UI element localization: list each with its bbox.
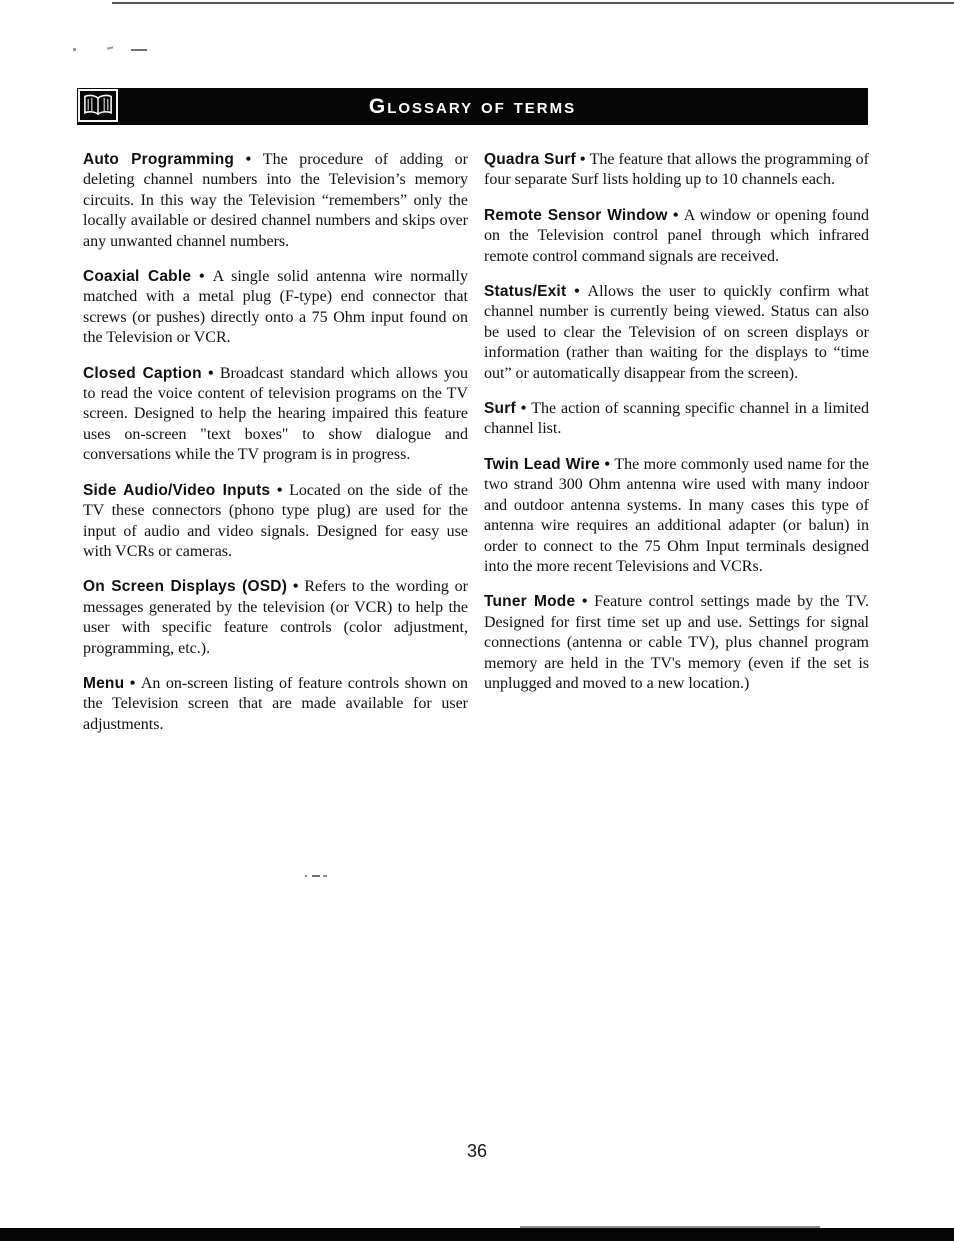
glossary-term: Status/Exit [484,283,566,300]
scan-artifact-pencil-marks [73,46,193,52]
glossary-entry: Twin Lead Wire • The more commonly used … [484,455,869,577]
glossary-entry: Side Audio/Video Inputs • Located on the… [83,481,468,563]
glossary-term: Auto Programming [83,151,234,168]
glossary-term: Menu [83,675,124,692]
scan-artifact-specks [305,875,327,879]
bullet-separator: • [576,151,590,168]
page-number: 36 [0,1141,954,1162]
glossary-term: Tuner Mode [484,593,575,610]
glossary-term: Remote Sensor Window [484,207,668,224]
glossary-definition: The more commonly used name for the two … [484,456,869,575]
glossary-entry: Remote Sensor Window • A window or openi… [484,206,869,267]
glossary-term: Surf [484,400,516,417]
glossary-entry: Auto Programming • The procedure of addi… [83,150,468,252]
manual-page: Glossary of Terms Auto Programming • The… [0,0,954,1241]
bullet-separator: • [270,482,289,499]
bullet-separator: • [202,365,220,382]
glossary-definition: The action of scanning specific channel … [484,400,869,437]
bullet-separator: • [668,207,684,224]
glossary-term: Side Audio/Video Inputs [83,482,270,499]
glossary-term: Twin Lead Wire [484,456,600,473]
bottom-edge-bar [0,1228,954,1241]
glossary-term: Closed Caption [83,365,202,382]
glossary-column-left: Auto Programming • The procedure of addi… [83,150,468,750]
glossary-term: Coaxial Cable [83,268,191,285]
glossary-entry: Quadra Surf • The feature that allows th… [484,150,869,191]
glossary-entry: Surf • The action of scanning specific c… [484,399,869,440]
glossary-term: Quadra Surf [484,151,576,168]
bullet-separator: • [191,268,212,285]
bullet-separator: • [516,400,531,417]
bullet-separator: • [575,593,594,610]
glossary-entry: Tuner Mode • Feature control settings ma… [484,592,869,694]
page-title: Glossary of Terms [369,95,576,119]
scan-artifact-topline [112,2,954,4]
glossary-definition: An on-screen listing of feature controls… [83,675,468,733]
glossary-entry: Menu • An on-screen listing of feature c… [83,674,468,735]
glossary-entry: Coaxial Cable • A single solid antenna w… [83,267,468,349]
open-book-icon [78,89,118,122]
glossary-entry: On Screen Displays (OSD) • Refers to the… [83,577,468,659]
bullet-separator: • [566,283,587,300]
section-header-bar: Glossary of Terms [77,88,868,125]
glossary-column-right: Quadra Surf • The feature that allows th… [484,150,869,709]
glossary-entry: Closed Caption • Broadcast standard whic… [83,364,468,466]
bullet-separator: • [287,578,304,595]
glossary-entry: Status/Exit • Allows the user to quickly… [484,282,869,384]
bullet-separator: • [124,675,141,692]
bullet-separator: • [234,151,263,168]
bullet-separator: • [600,456,614,473]
glossary-term: On Screen Displays (OSD) [83,578,287,595]
